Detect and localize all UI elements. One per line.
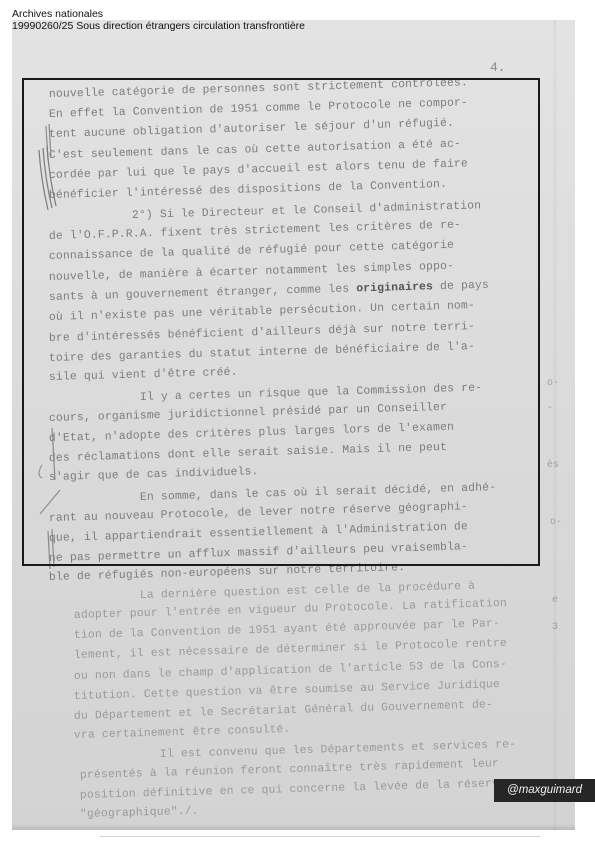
margin-fragment: o- bbox=[550, 517, 562, 528]
text-line: ou non dans le champ d'application de l'… bbox=[74, 659, 507, 683]
text-line: lement, il est nécessaire de déterminer … bbox=[74, 638, 507, 662]
margin-fragment: o- bbox=[547, 378, 559, 389]
page-edge-shadow bbox=[100, 836, 540, 837]
text-line: vra certainement être consulté. bbox=[74, 724, 291, 742]
margin-fragment: 3 bbox=[552, 622, 558, 633]
margin-fragment: - bbox=[547, 403, 553, 414]
text-line: "géographique"./. bbox=[80, 806, 199, 821]
highlight-box bbox=[22, 78, 540, 566]
margin-fragment: e bbox=[552, 595, 558, 606]
watermark-badge: @maxguimard bbox=[494, 779, 595, 802]
text-line: Il est convenu que les Départements et s… bbox=[160, 739, 516, 761]
text-line: titution. Cette question va être soumise… bbox=[74, 679, 500, 703]
text-line: tion de la Convention de 1951 ayant été … bbox=[74, 618, 500, 642]
archive-header: Archives nationales 19990260/25 Sous dir… bbox=[12, 8, 305, 32]
text-line: présentés à la réunion feront connaître … bbox=[80, 758, 499, 782]
margin-fragment: ès bbox=[547, 460, 559, 471]
archive-reference: 19990260/25 Sous direction étrangers cir… bbox=[12, 20, 305, 32]
text-line: du Département et le Secrétariat Général… bbox=[74, 699, 493, 723]
text-line: adopter pour l'entrée en vigueur du Prot… bbox=[74, 598, 507, 622]
archive-title: Archives nationales bbox=[12, 8, 305, 20]
text-line: La dernière question est celle de la pro… bbox=[140, 581, 476, 602]
text-line: position définitive en ce qui concerne l… bbox=[80, 778, 506, 802]
